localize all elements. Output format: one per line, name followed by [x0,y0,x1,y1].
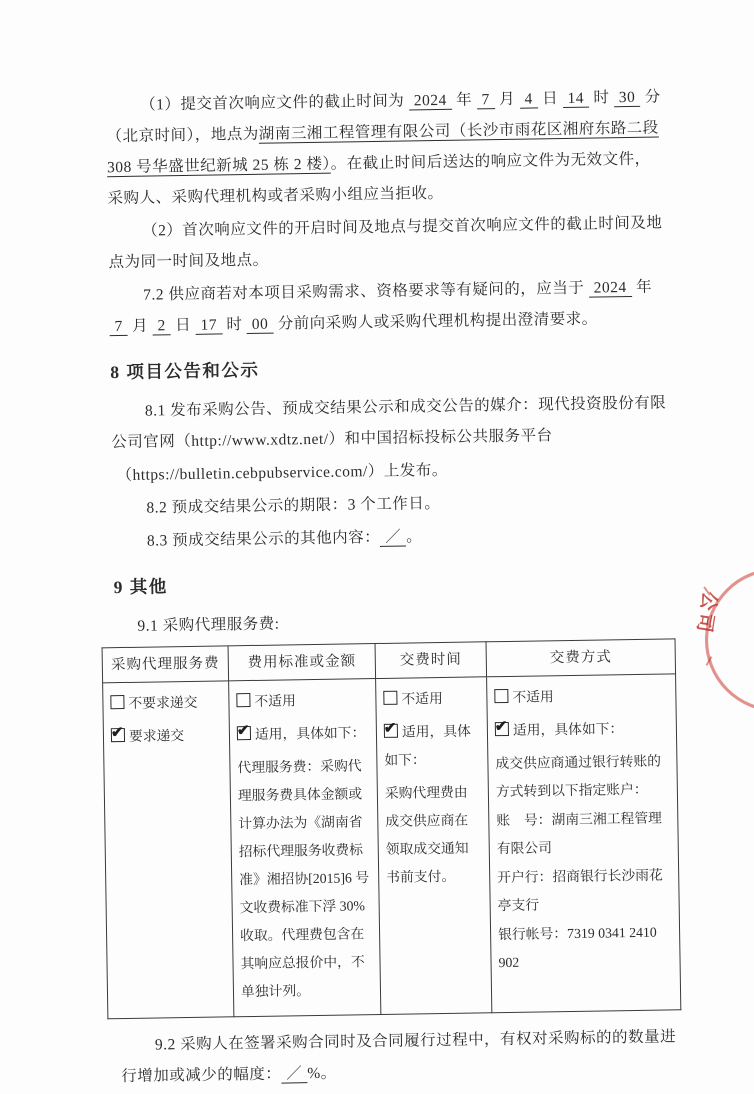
checkbox-unchecked-icon [494,689,508,703]
option-not-applicable: 不适用 [383,684,479,714]
opening-paragraph: （2）首次响应文件的开启时间及地点与提交首次响应文件的截止时间及地点为同一时间及… [108,207,668,278]
deadline-text: 年 [452,91,477,108]
fee-table-body-row: 不要求递交 要求递交 不适用 适用，具体如下： 代理服务费：采购代理服务费具体金… [103,674,681,1019]
fee-method-account-number: 银行帐号：7319 0341 2410 902 [498,918,673,977]
fee-cell-service: 不要求递交 要求递交 [103,681,234,1019]
fee-method-bank: 开户行：招商银行长沙雨花亭支行 [497,861,672,920]
document-page: （1）提交首次响应文件的截止时间为 2024 年 7 月 4 日 14 时 30… [0,0,754,1050]
option-applicable: 适用，具体如下： [495,714,669,745]
agency-fee-text: 9.1 采购代理服务费: [137,616,279,635]
fee-header-time: 交费时间 [375,642,487,679]
media-text: 8.1 发布采购公告、预成交结果公示和成交公告的媒介：现代投资股份有限公司官网（… [111,394,666,451]
clarification-paragraph: 7.2 供应商若对本项目采购需求、资格要求等有疑问的，应当于 2024 年 7 … [109,271,669,342]
clarify-text: 年 [632,279,653,296]
clarify-text: 月 [128,317,153,334]
media-paragraph: 8.1 发布采购公告、预成交结果公示和成交公告的媒介：现代投资股份有限公司官网（… [111,387,671,458]
option-label: 要求递交 [129,728,184,744]
deadline-text: 时 [589,89,614,106]
clarify-text: 7.2 供应商若对本项目采购需求、资格要求等有疑问的，应当于 [143,280,589,304]
publicity-other-paragraph: 8.3 预成交结果公示的其他内容：／。 [113,517,672,557]
option-label: 不要求递交 [128,695,197,711]
section-8-heading: 8 项目公告和公示 [110,348,669,388]
checkbox-checked-icon [237,726,251,740]
option-label: 不适用 [254,693,296,709]
agency-fee-table: 采购代理服务费 费用标准或金额 交费时间 交费方式 不要求递交 要求递交 不适用… [102,638,682,1019]
deadline-minute-blank: 30 [614,89,641,107]
clarify-text: 分前向采购人或采购代理机构提出澄清要求。 [273,311,598,333]
quantity-change-paragraph: 9.2 采购人在签署采购合同时及合同履行过程中，有权对采购标的的数量进行增加或减… [121,1021,681,1050]
checkbox-unchecked-icon [383,691,397,705]
deadline-hour-blank: 14 [562,90,589,108]
deadline-day-blank: 4 [519,90,538,108]
fee-cell-time: 不适用 适用，具体如下： 采购代理费由成交供应商在领取成交通知书前支付。 [376,677,492,1015]
option-applicable: 适用，具体如下： [384,717,481,775]
agency-fee-label: 9.1 采购代理服务费: [114,602,673,642]
clarify-day-blank: 2 [152,317,171,335]
page-content: （1）提交首次响应文件的截止时间为 2024 年 7 月 4 日 14 时 30… [0,0,754,1050]
checkbox-checked-icon [111,728,125,742]
fee-method-account-name: 账 号：湖南三湘工程管理有限公司 [496,804,671,863]
fee-method-intro: 成交供应商通过银行转账的方式转到以下指定账户： [495,747,670,806]
fee-cell-standard: 不适用 适用，具体如下： 代理服务费：采购代理服务费具体金额或计算办法为《湖南省… [229,679,381,1017]
quantity-change-text: 9.2 采购人在签署采购合同时及合同履行过程中，有权对采购标的的数量进行增加或减… [121,1028,676,1050]
deadline-text: （1）提交首次响应文件的截止时间为 [140,92,409,113]
option-applicable: 适用，具体如下： [237,719,369,749]
option-label: 适用，具体如下： [255,725,366,742]
publicity-period-text: 8.2 预成交结果公示的期限：3 个工作日。 [146,495,440,517]
option-not-applicable: 不适用 [236,686,368,716]
publicity-other-text: 8.3 预成交结果公示的其他内容： [147,529,381,550]
clarify-month-blank: 7 [109,318,128,336]
fee-header-standard: 费用标准或金额 [228,644,376,681]
clarify-year-blank: 2024 [589,279,632,298]
checkbox-checked-icon [495,722,509,736]
opening-text: （2）首次响应文件的开启时间及地点与提交首次响应文件的截止时间及地点为同一时间及… [108,214,662,271]
clarify-text: 时 [222,316,247,333]
option-no-submit: 不要求递交 [110,688,221,718]
deadline-year-blank: 2024 [409,92,452,111]
clarify-hour-blank: 17 [195,316,222,334]
publicity-other-blank: ／ [380,529,406,547]
deadline-paragraph: （1）提交首次响应文件的截止时间为 2024 年 7 月 4 日 14 时 30… [106,81,667,214]
checkbox-unchecked-icon [236,693,250,707]
fee-standard-detail: 代理服务费：采购代理服务费具体金额或计算办法为《湖南省招标代理服务收费标准》湘招… [237,752,373,1006]
option-not-applicable: 不适用 [494,681,668,712]
fee-header-service: 采购代理服务费 [102,646,229,683]
deadline-text: 日 [538,90,563,107]
option-label: 不适用 [401,691,443,707]
fee-cell-method: 不适用 适用，具体如下： 成交供应商通过银行转账的方式转到以下指定账户： 账 号… [487,674,681,1013]
option-label: 不适用 [512,689,554,705]
section-9-heading: 9 其他 [113,563,672,603]
deadline-text: 月 [495,91,520,108]
clarify-text: 日 [171,317,196,334]
checkbox-checked-icon [384,724,398,738]
clarify-minute-blank: 00 [247,316,274,334]
option-require-submit: 要求递交 [111,721,222,751]
fee-time-detail: 采购代理费由成交供应商在领取成交通知书前支付。 [385,778,483,891]
fee-header-method: 交费方式 [486,639,676,677]
publicity-other-text: 。 [406,528,422,545]
media-url-text: （https://bulletin.cebpubservice.com/）上发布… [116,462,448,484]
deadline-month-blank: 7 [476,91,495,109]
option-label: 适用，具体如下： [513,721,624,738]
checkbox-unchecked-icon [110,695,124,709]
